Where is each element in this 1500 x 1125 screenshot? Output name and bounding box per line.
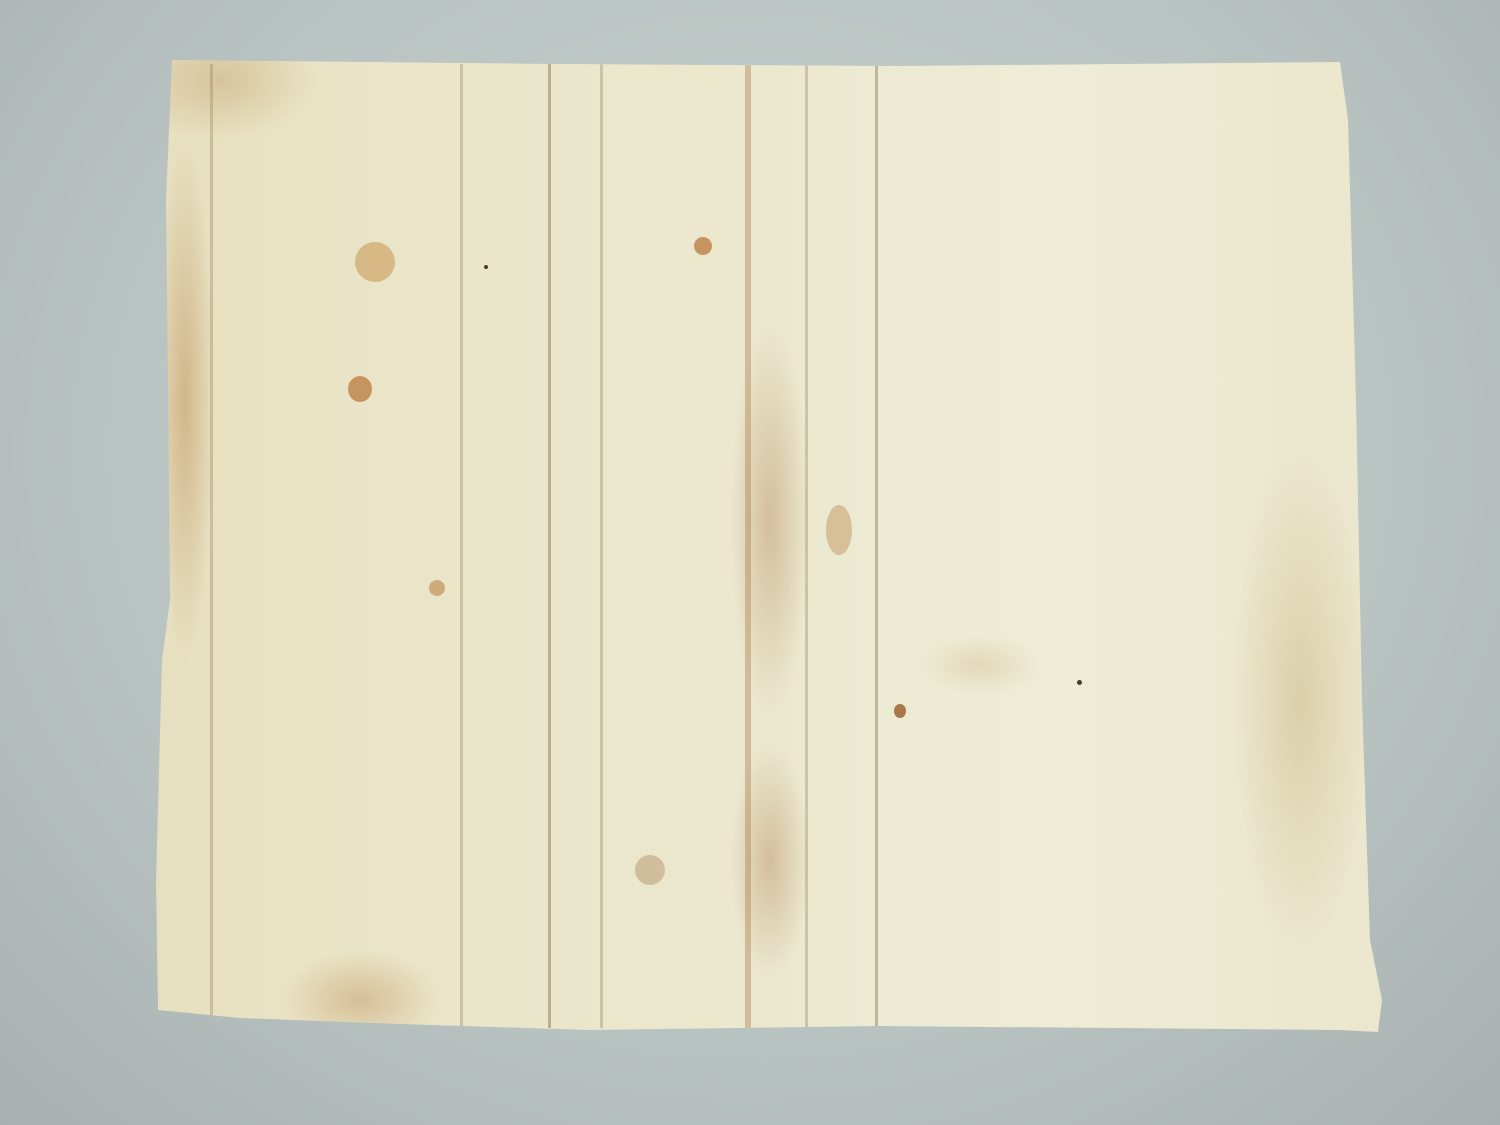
foxing-spot	[355, 242, 395, 282]
foxing-spot	[826, 505, 852, 555]
ink-dot	[1077, 680, 1082, 685]
aged-paper-sheet	[0, 0, 1500, 1125]
photo-scene	[0, 0, 1500, 1125]
foxing-spot	[348, 376, 372, 402]
fold-line	[875, 64, 878, 1028]
fold-line	[210, 64, 213, 1028]
foxing-spot	[894, 704, 906, 718]
fold-line	[745, 64, 751, 1028]
foxing-spot	[694, 237, 712, 255]
fold-line	[600, 64, 603, 1028]
foxing-spot	[429, 580, 445, 596]
ink-dot	[484, 265, 488, 269]
fold-line	[805, 64, 808, 1028]
foxing-spot	[635, 855, 665, 885]
fold-line	[548, 64, 551, 1028]
fold-line	[460, 64, 463, 1028]
